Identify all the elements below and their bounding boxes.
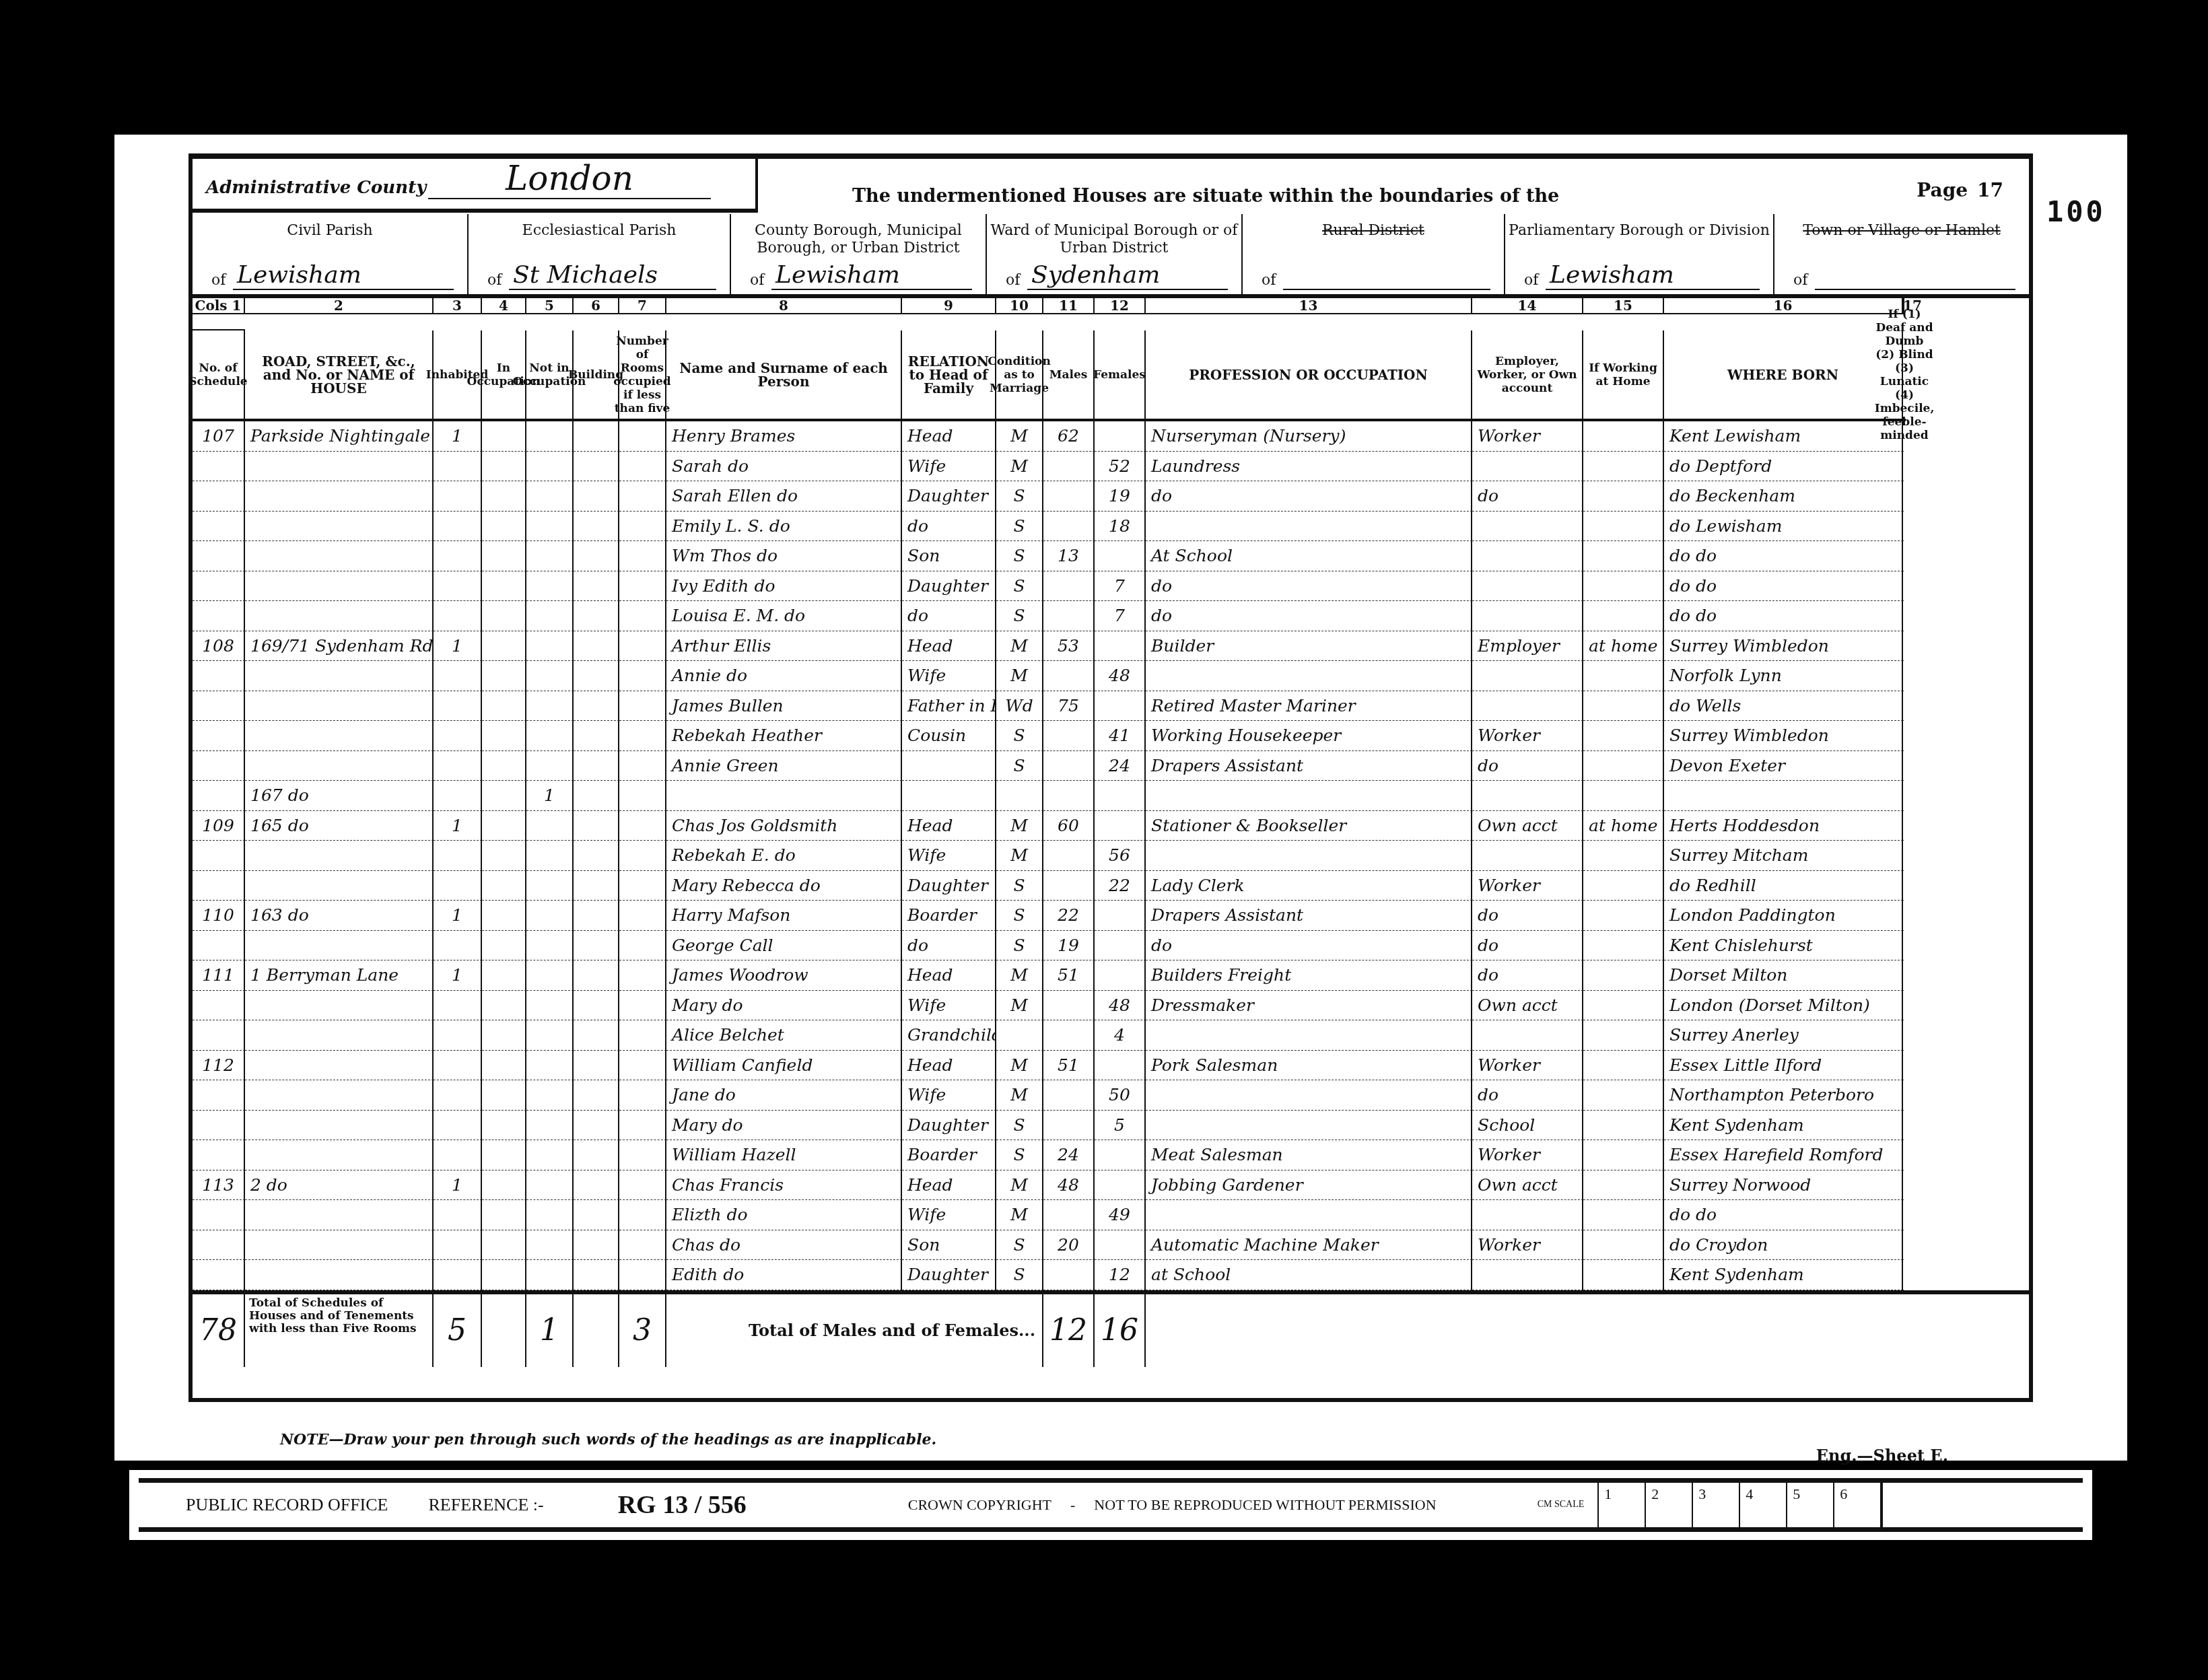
- cell-at-home: [1583, 931, 1664, 961]
- cell-employer: [1472, 841, 1583, 871]
- cell-schedule: [193, 1020, 245, 1051]
- cell-employer: do: [1472, 481, 1583, 512]
- cell-schedule: 108: [193, 631, 245, 662]
- reference-number: RG 13 / 556: [618, 1490, 747, 1520]
- cell-male-age: 19: [1043, 931, 1095, 961]
- cell-relation: Cousin: [902, 721, 996, 751]
- cell-inhabited: [434, 571, 482, 602]
- cell-building: [574, 481, 619, 512]
- cell-occupation: do: [1146, 931, 1472, 961]
- cell-inhabited: [434, 452, 482, 482]
- cell-male-age: [1043, 1080, 1095, 1111]
- cell-male-age: 75: [1043, 691, 1095, 722]
- cell-condition: M: [996, 1051, 1043, 1081]
- cell-relation: Wife: [902, 452, 996, 482]
- cell-road: 2 do: [245, 1170, 434, 1201]
- header-relation: RELATION to Head of Family: [902, 330, 996, 421]
- cell-building: [574, 781, 619, 811]
- cell-rooms: [619, 631, 666, 662]
- cell-employer: Employer: [1472, 631, 1583, 662]
- cell-infirm: ✓: [1903, 1140, 1904, 1170]
- cell-occupation: [1146, 841, 1472, 871]
- cell-road: 169/71 Sydenham Rd: [245, 631, 434, 662]
- cell-rooms: [619, 781, 666, 811]
- cell-building: [574, 931, 619, 961]
- cell-uninhab-in: [482, 541, 526, 571]
- cell-born: do Croydon: [1664, 1230, 1903, 1261]
- cell-inhabited: [434, 1051, 482, 1081]
- header-schedule: No. of Schedule: [193, 330, 245, 421]
- cell-uninhab-not: [526, 571, 574, 602]
- cell-uninhab-not: [526, 841, 574, 871]
- cell-relation: Head: [902, 631, 996, 662]
- cell-female-age: [1095, 781, 1146, 811]
- cell-inhabited: [434, 1140, 482, 1170]
- cell-relation: Son: [902, 541, 996, 571]
- cell-infirm: [1903, 601, 1904, 631]
- cell-road: 1 Berryman Lane: [245, 960, 434, 991]
- cell-at-home: [1583, 1051, 1664, 1081]
- cell-at-home: [1583, 421, 1664, 452]
- cell-male-age: [1043, 871, 1095, 901]
- table-row: Sarah Ellen doDaughterS19dododo Beckenha…: [193, 481, 2029, 512]
- cell-uninhab-in: [482, 751, 526, 781]
- cell-occupation: [1146, 1111, 1472, 1141]
- cell-road: [245, 452, 434, 482]
- cell-female-age: 48: [1095, 661, 1146, 691]
- cell-male-age: 48: [1043, 1170, 1095, 1201]
- cell-uninhab-in: [482, 1111, 526, 1141]
- column-number: 8: [666, 298, 902, 314]
- cell-infirm: ✓: [1903, 1200, 1904, 1230]
- header-where-born: WHERE BORN: [1664, 330, 1903, 421]
- cell-male-age: [1043, 991, 1095, 1021]
- cell-occupation: Jobbing Gardener: [1146, 1170, 1472, 1201]
- cell-rooms: [619, 481, 666, 512]
- cell-infirm: ✓: [1903, 481, 1904, 512]
- cell-uninhab-in: [482, 601, 526, 631]
- cell-condition: M: [996, 661, 1043, 691]
- total-inhabited: 5: [434, 1294, 482, 1367]
- header-condition: Condition as to Marriage: [996, 330, 1043, 421]
- cell-uninhab-not: [526, 481, 574, 512]
- cell-schedule: [193, 1111, 245, 1141]
- cell-uninhab-not: [526, 931, 574, 961]
- cell-uninhab-not: [526, 661, 574, 691]
- cell-schedule: [193, 781, 245, 811]
- cell-uninhab-in: [482, 481, 526, 512]
- cell-relation: Daughter: [902, 571, 996, 602]
- census-sheet: 100 Administrative County London The und…: [114, 135, 2127, 1461]
- table-row: 107Parkside Nightingale Grove1Henry Bram…: [193, 421, 2029, 452]
- cell-female-age: 4: [1095, 1020, 1146, 1051]
- cell-employer: Worker: [1472, 871, 1583, 901]
- cell-male-age: [1043, 721, 1095, 751]
- cell-inhabited: [434, 871, 482, 901]
- header-employer: Employer, Worker, or Own account: [1472, 330, 1583, 421]
- cell-infirm: ✓: [1903, 871, 1904, 901]
- cell-infirm: ✓: [1903, 691, 1904, 722]
- cell-name: James Woodrow: [666, 960, 902, 991]
- cell-condition: S: [996, 1111, 1043, 1141]
- cell-rooms: [619, 661, 666, 691]
- cell-relation: Head: [902, 1170, 996, 1201]
- table-row: 112William CanfieldHeadM51Pork SalesmanW…: [193, 1051, 2029, 1081]
- cell-female-age: [1095, 1230, 1146, 1261]
- cell-employer: School: [1472, 1111, 1583, 1141]
- column-number: 11: [1043, 298, 1095, 314]
- cell-condition: S: [996, 541, 1043, 571]
- column-number: 12: [1095, 298, 1146, 314]
- cell-at-home: [1583, 1200, 1664, 1230]
- cell-name: Wm Thos do: [666, 541, 902, 571]
- cell-building: [574, 1020, 619, 1051]
- cell-employer: Worker: [1472, 421, 1583, 452]
- cell-at-home: at home: [1583, 811, 1664, 841]
- cell-rooms: [619, 1260, 666, 1290]
- cell-female-age: 19: [1095, 481, 1146, 512]
- cell-female-age: [1095, 1170, 1146, 1201]
- cell-uninhab-not: [526, 811, 574, 841]
- cell-employer: Worker: [1472, 1230, 1583, 1261]
- cell-infirm: [1903, 991, 1904, 1021]
- cell-occupation: Pork Salesman: [1146, 1051, 1472, 1081]
- cell-infirm: ✓: [1903, 631, 1904, 662]
- cell-schedule: [193, 841, 245, 871]
- cell-building: [574, 1051, 619, 1081]
- cell-inhabited: [434, 601, 482, 631]
- cell-infirm: [1903, 571, 1904, 602]
- cell-uninhab-in: [482, 1080, 526, 1111]
- cell-occupation: Drapers Assistant: [1146, 901, 1472, 931]
- table-row: Edith doDaughterS12at SchoolKent Sydenha…: [193, 1260, 2029, 1290]
- table-row: Wm Thos doSonS13At Schooldo do: [193, 541, 2029, 571]
- column-number: 13: [1146, 298, 1472, 314]
- cell-name: Rebekah Heather: [666, 721, 902, 751]
- cell-uninhab-in: [482, 960, 526, 991]
- cell-schedule: [193, 1140, 245, 1170]
- division-value: [1283, 289, 1490, 290]
- total-rooms: 3: [619, 1294, 666, 1367]
- header-road: ROAD, STREET, &c., and No. or NAME of HO…: [245, 330, 434, 421]
- cell-born: Kent Lewisham: [1664, 421, 1903, 452]
- totals-row: 78Total of Schedules of Houses and of Te…: [193, 1290, 2029, 1440]
- cell-name: Emily L. S. do: [666, 512, 902, 542]
- cell-female-age: 7: [1095, 571, 1146, 602]
- cell-schedule: 111: [193, 960, 245, 991]
- cell-infirm: ✓: [1903, 452, 1904, 482]
- cell-relation: [902, 781, 996, 811]
- page-number: Page17: [1907, 179, 2003, 201]
- cell-inhabited: [434, 661, 482, 691]
- cell-employer: [1472, 1200, 1583, 1230]
- cell-inhabited: [434, 1111, 482, 1141]
- cell-rooms: [619, 871, 666, 901]
- cell-male-age: [1043, 481, 1095, 512]
- cell-road: [245, 721, 434, 751]
- cell-born: Essex Harefield Romford: [1664, 1140, 1903, 1170]
- table-row: Rebekah E. doWifeM56Surrey Mitcham✓: [193, 841, 2029, 871]
- cell-male-age: [1043, 1020, 1095, 1051]
- cell-building: [574, 512, 619, 542]
- cell-inhabited: [434, 541, 482, 571]
- cell-female-age: 18: [1095, 512, 1146, 542]
- division-label: County Borough, Municipal Borough, or Ur…: [731, 214, 986, 257]
- division-4: Rural Districtof: [1243, 214, 1505, 294]
- cell-condition: S: [996, 1230, 1043, 1261]
- cell-occupation: [1146, 661, 1472, 691]
- cell-rooms: [619, 1051, 666, 1081]
- cell-born: Surrey Wimbledon: [1664, 721, 1903, 751]
- cell-building: [574, 421, 619, 452]
- cell-name: Mary Rebecca do: [666, 871, 902, 901]
- cell-rooms: [619, 721, 666, 751]
- cell-occupation: [1146, 1020, 1472, 1051]
- table-row: 108169/71 Sydenham Rd1Arthur EllisHeadM5…: [193, 631, 2029, 662]
- cell-uninhab-in: [482, 661, 526, 691]
- cell-rooms: [619, 601, 666, 631]
- cell-uninhab-not: [526, 1200, 574, 1230]
- cell-employer: [1472, 1020, 1583, 1051]
- cell-employer: [1472, 601, 1583, 631]
- cell-inhabited: 1: [434, 1170, 482, 1201]
- cell-schedule: [193, 751, 245, 781]
- cell-name: Henry Brames: [666, 421, 902, 452]
- cell-employer: Own acct: [1472, 811, 1583, 841]
- column-number: 9: [902, 298, 996, 314]
- cell-uninhab-not: [526, 960, 574, 991]
- cell-uninhab-in: [482, 811, 526, 841]
- cell-occupation: Laundress: [1146, 452, 1472, 482]
- sheet-label: Eng.—Sheet E.: [1816, 1446, 1948, 1465]
- cell-occupation: [1146, 781, 1472, 811]
- cell-uninhab-not: [526, 901, 574, 931]
- cell-infirm: [1903, 512, 1904, 542]
- table-row: 167 do1: [193, 781, 2029, 811]
- cell-schedule: [193, 931, 245, 961]
- division-of: of: [211, 272, 226, 289]
- cell-born: Kent Chislehurst: [1664, 931, 1903, 961]
- cell-building: [574, 751, 619, 781]
- scale-mark: 2: [1645, 1483, 1692, 1527]
- cell-female-age: 24: [1095, 751, 1146, 781]
- cell-employer: [1472, 452, 1583, 482]
- cell-rooms: [619, 421, 666, 452]
- cell-infirm: [1903, 901, 1904, 931]
- cell-employer: do: [1472, 901, 1583, 931]
- cell-born: do Lewisham: [1664, 512, 1903, 542]
- division-value: Lewisham: [1546, 261, 1760, 290]
- cell-infirm: ✓: [1903, 721, 1904, 751]
- cell-schedule: [193, 871, 245, 901]
- cell-schedule: 113: [193, 1170, 245, 1201]
- cell-born: Essex Little Ilford: [1664, 1051, 1903, 1081]
- cell-rooms: [619, 512, 666, 542]
- cell-occupation: Retired Master Mariner: [1146, 691, 1472, 722]
- cell-name: James Bullen: [666, 691, 902, 722]
- cell-name: Jane do: [666, 1080, 902, 1111]
- column-numbers: Cols 1234567891011121314151617: [193, 298, 2029, 330]
- cell-road: [245, 571, 434, 602]
- cell-condition: S: [996, 931, 1043, 961]
- cell-born: do Deptford: [1664, 452, 1903, 482]
- cell-relation: Head: [902, 421, 996, 452]
- cell-female-age: 5: [1095, 1111, 1146, 1141]
- division-label: Rural District: [1243, 214, 1504, 240]
- cell-male-age: [1043, 512, 1095, 542]
- division-value: St Michaels: [509, 261, 716, 290]
- cell-condition: M: [996, 631, 1043, 662]
- cell-schedule: 110: [193, 901, 245, 931]
- cell-rooms: [619, 841, 666, 871]
- cell-name: Annie Green: [666, 751, 902, 781]
- cell-uninhab-not: [526, 1020, 574, 1051]
- table-row: 110163 do1Harry MafsonBoarderS22Drapers …: [193, 901, 2029, 931]
- cell-name: Annie do: [666, 661, 902, 691]
- cell-schedule: [193, 512, 245, 542]
- cell-at-home: [1583, 1260, 1664, 1290]
- cell-building: [574, 571, 619, 602]
- column-headers: No. of ScheduleROAD, STREET, &c., and No…: [193, 330, 2029, 421]
- total-males: 12: [1043, 1294, 1095, 1367]
- cell-relation: [902, 751, 996, 781]
- cell-road: [245, 871, 434, 901]
- table-row: 1132 do1Chas FrancisHeadM48Jobbing Garde…: [193, 1170, 2029, 1201]
- cell-condition: Wd: [996, 691, 1043, 722]
- cell-road: [245, 1200, 434, 1230]
- cell-relation: Head: [902, 960, 996, 991]
- cell-at-home: [1583, 1111, 1664, 1141]
- cell-road: [245, 661, 434, 691]
- cell-born: Northampton Peterboro: [1664, 1080, 1903, 1111]
- cell-relation: Father in Law: [902, 691, 996, 722]
- cell-infirm: ✓: [1903, 931, 1904, 961]
- cell-uninhab-in: [482, 1260, 526, 1290]
- division-label: Ecclesiastical Parish: [469, 214, 730, 240]
- cell-condition: S: [996, 1260, 1043, 1290]
- table-row: James BullenFather in LawWd75Retired Mas…: [193, 691, 2029, 722]
- cell-building: [574, 601, 619, 631]
- header-at-home: If Working at Home: [1583, 330, 1664, 421]
- cell-road: [245, 1080, 434, 1111]
- cell-female-age: 49: [1095, 1200, 1146, 1230]
- census-table: Cols 1234567891011121314151617No. of Sch…: [193, 298, 2029, 1440]
- cell-male-age: 60: [1043, 811, 1095, 841]
- cell-building: [574, 1140, 619, 1170]
- cell-inhabited: [434, 691, 482, 722]
- cell-rooms: [619, 1020, 666, 1051]
- census-form: Administrative County London The underme…: [188, 153, 2033, 1402]
- cell-relation: Wife: [902, 1200, 996, 1230]
- cell-employer: [1472, 1260, 1583, 1290]
- cell-male-age: 24: [1043, 1140, 1095, 1170]
- cell-name: William Hazell: [666, 1140, 902, 1170]
- cell-inhabited: [434, 481, 482, 512]
- cell-condition: M: [996, 960, 1043, 991]
- cell-at-home: [1583, 841, 1664, 871]
- cell-born: Kent Sydenham: [1664, 1111, 1903, 1141]
- cell-relation: do: [902, 601, 996, 631]
- total-females: 16: [1095, 1294, 1146, 1367]
- division-value: Lewisham: [771, 261, 972, 290]
- cell-employer: [1472, 691, 1583, 722]
- column-number: 2: [245, 298, 434, 314]
- cell-building: [574, 841, 619, 871]
- cell-relation: Wife: [902, 991, 996, 1021]
- table-row: Annie doWifeM48Norfolk Lynn✓: [193, 661, 2029, 691]
- cell-road: [245, 1260, 434, 1290]
- cell-uninhab-not: [526, 721, 574, 751]
- scale-mark: 1: [1597, 1483, 1645, 1527]
- administrative-county: Administrative County London: [193, 159, 758, 213]
- archive-footer: PUBLIC RECORD OFFICE REFERENCE :- RG 13 …: [128, 1469, 2094, 1541]
- cell-condition: M: [996, 811, 1043, 841]
- cell-uninhab-not: 1: [526, 781, 574, 811]
- cell-uninhab-in: [482, 1051, 526, 1081]
- cell-uninhab-in: [482, 1230, 526, 1261]
- cell-condition: M: [996, 421, 1043, 452]
- cell-occupation: Automatic Machine Maker: [1146, 1230, 1472, 1261]
- cell-name: Sarah do: [666, 452, 902, 482]
- cell-female-age: 12: [1095, 1260, 1146, 1290]
- cell-rooms: [619, 1230, 666, 1261]
- cell-employer: do: [1472, 1080, 1583, 1111]
- cell-born: Dorset Milton: [1664, 960, 1903, 991]
- cell-relation: Daughter: [902, 1111, 996, 1141]
- cell-born: London Paddington: [1664, 901, 1903, 931]
- cell-building: [574, 1230, 619, 1261]
- scale-mark: 6: [1833, 1483, 1880, 1527]
- cell-relation: Son: [902, 1230, 996, 1261]
- cell-uninhab-in: [482, 512, 526, 542]
- cell-occupation: Stationer & Bookseller: [1146, 811, 1472, 841]
- cell-relation: Daughter: [902, 1260, 996, 1290]
- column-number: 6: [574, 298, 619, 314]
- header-not-in-occupation: Not in Occupation: [526, 330, 574, 421]
- cell-rooms: [619, 901, 666, 931]
- cell-inhabited: 1: [434, 901, 482, 931]
- cell-relation: Boarder: [902, 1140, 996, 1170]
- cell-male-age: [1043, 751, 1095, 781]
- cell-uninhab-in: [482, 691, 526, 722]
- cell-inhabited: [434, 931, 482, 961]
- cell-born: do Beckenham: [1664, 481, 1903, 512]
- table-row: Louisa E. M. dodoS7dodo do: [193, 601, 2029, 631]
- cell-name: Elizth do: [666, 1200, 902, 1230]
- cell-rooms: [619, 931, 666, 961]
- cell-female-age: [1095, 931, 1146, 961]
- cell-condition: [996, 1020, 1043, 1051]
- cell-male-age: 62: [1043, 421, 1095, 452]
- cell-infirm: ✓: [1903, 1051, 1904, 1081]
- cell-schedule: 107: [193, 421, 245, 452]
- cell-schedule: [193, 721, 245, 751]
- table-row: Alice BelchetGrandchild4Surrey Anerley✓: [193, 1020, 2029, 1051]
- cell-female-age: [1095, 901, 1146, 931]
- cell-name: [666, 781, 902, 811]
- cell-occupation: Meat Salesman: [1146, 1140, 1472, 1170]
- cell-uninhab-in: [482, 1020, 526, 1051]
- cell-female-age: 52: [1095, 452, 1146, 482]
- cell-occupation: Drapers Assistant: [1146, 751, 1472, 781]
- division-6: Town or Village or Hamletof: [1774, 214, 2029, 294]
- cell-born: do do: [1664, 541, 1903, 571]
- cell-born: do Wells: [1664, 691, 1903, 722]
- cell-road: [245, 1020, 434, 1051]
- cell-employer: do: [1472, 931, 1583, 961]
- cell-road: [245, 1140, 434, 1170]
- cell-name: William Canfield: [666, 1051, 902, 1081]
